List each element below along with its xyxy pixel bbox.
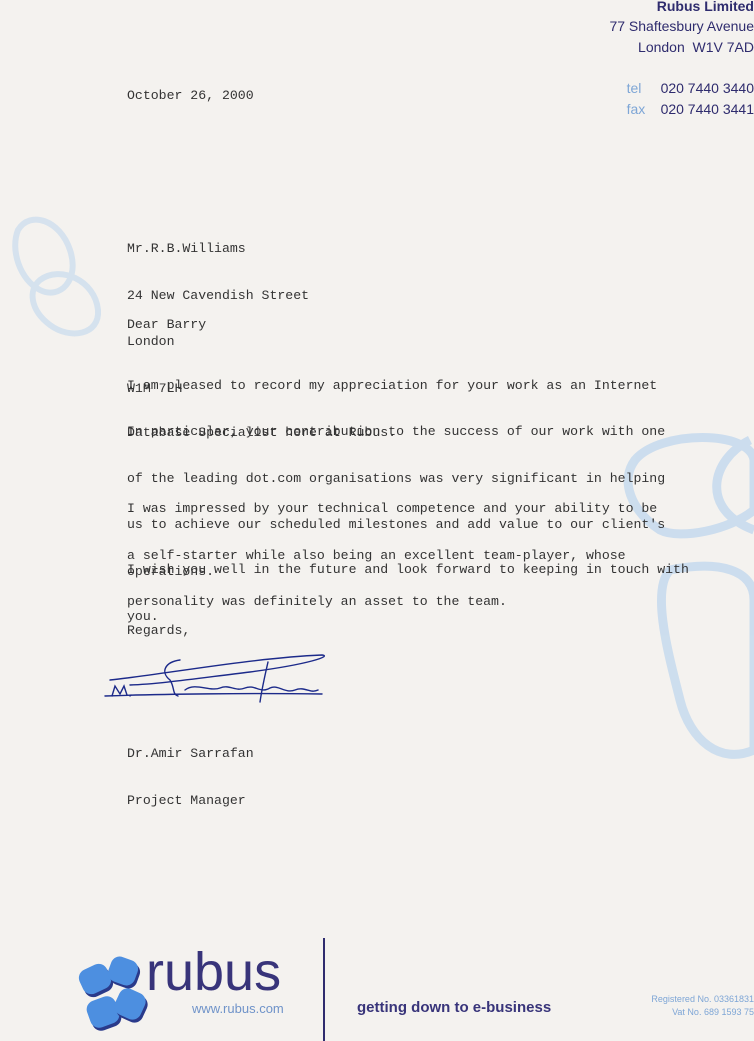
- paragraph-line: I wish you well in the future and look f…: [127, 562, 689, 578]
- signature-image: [100, 650, 330, 705]
- paragraph-line: I am pleased to record my appreciation f…: [127, 378, 657, 394]
- tel-number: 020 7440 3440: [661, 80, 754, 96]
- registration-info: Registered No. 03361831 Vat No. 689 1593…: [651, 993, 754, 1019]
- letterhead: Rubus Limited 77 Shaftesbury Avenue Lond…: [609, 0, 754, 58]
- brand-wordmark: rubus: [146, 942, 281, 1002]
- tel-label: tel: [627, 78, 657, 99]
- letter-date: October 26, 2000: [127, 88, 254, 104]
- company-name: Rubus Limited: [609, 0, 754, 16]
- rubus-logo-icon: [78, 955, 150, 1035]
- registered-number: Registered No. 03361831: [651, 993, 754, 1006]
- paragraph-line: you.: [127, 609, 689, 625]
- paragraph-line: In particular, your contribution to the …: [127, 424, 665, 440]
- paragraph-4: I wish you well in the future and look f…: [127, 531, 689, 640]
- vat-number: Vat No. 689 1593 75: [651, 1006, 754, 1019]
- tel-row: tel020 7440 3440: [627, 78, 754, 99]
- footer-divider: [323, 938, 325, 1041]
- signatory-title: Project Manager: [127, 793, 254, 809]
- fax-label: fax: [627, 99, 657, 120]
- contact-block: tel020 7440 3440 fax020 7440 3441: [627, 78, 754, 120]
- fax-row: fax020 7440 3441: [627, 99, 754, 120]
- address-line-2: London W1V 7AD: [609, 37, 754, 58]
- website-url: www.rubus.com: [192, 1001, 284, 1016]
- address-line-1: 77 Shaftesbury Avenue: [609, 16, 754, 37]
- closing: Regards,: [127, 623, 190, 639]
- paragraph-line: I was impressed by your technical compet…: [127, 501, 657, 517]
- recipient-line: 24 New Cavendish Street: [127, 288, 309, 304]
- signatory-block: Dr.Amir Sarrafan Project Manager: [127, 715, 254, 824]
- tagline: getting down to e-business: [357, 999, 551, 1016]
- salutation: Dear Barry: [127, 317, 206, 333]
- watermark-left-decoration: [0, 200, 110, 350]
- fax-number: 020 7440 3441: [661, 101, 754, 117]
- signatory-name: Dr.Amir Sarrafan: [127, 746, 254, 762]
- recipient-line: Mr.R.B.Williams: [127, 241, 309, 257]
